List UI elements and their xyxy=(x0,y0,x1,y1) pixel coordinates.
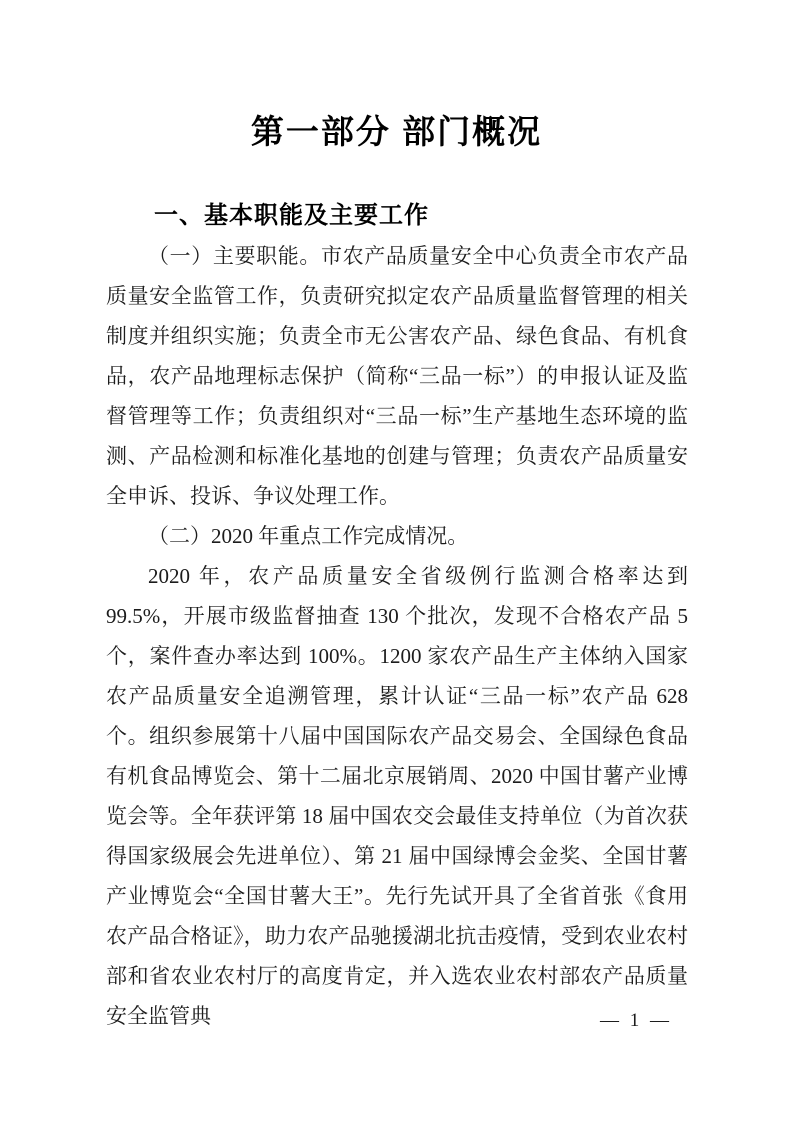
document-title: 第一部分 部门概况 xyxy=(0,112,793,152)
page-number: — 1 — xyxy=(600,1009,672,1033)
paragraph-2020-key-work-details: 2020 年，农产品质量安全省级例行监测合格率达到 99.5%，开展市级监督抽查… xyxy=(106,556,688,1036)
paragraph-2020-key-work-label: （二）2020 年重点工作完成情况。 xyxy=(106,516,688,556)
document-body: 一、基本职能及主要工作 （一）主要职能。市农产品质量安全中心负责全市农产品质量安… xyxy=(106,196,688,1036)
section-heading-basic-functions: 一、基本职能及主要工作 xyxy=(106,196,688,236)
paragraph-main-duties: （一）主要职能。市农产品质量安全中心负责全市农产品质量安全监管工作，负责研究拟定… xyxy=(106,236,688,516)
document-page: 第一部分 部门概况 一、基本职能及主要工作 （一）主要职能。市农产品质量安全中心… xyxy=(0,0,793,1122)
